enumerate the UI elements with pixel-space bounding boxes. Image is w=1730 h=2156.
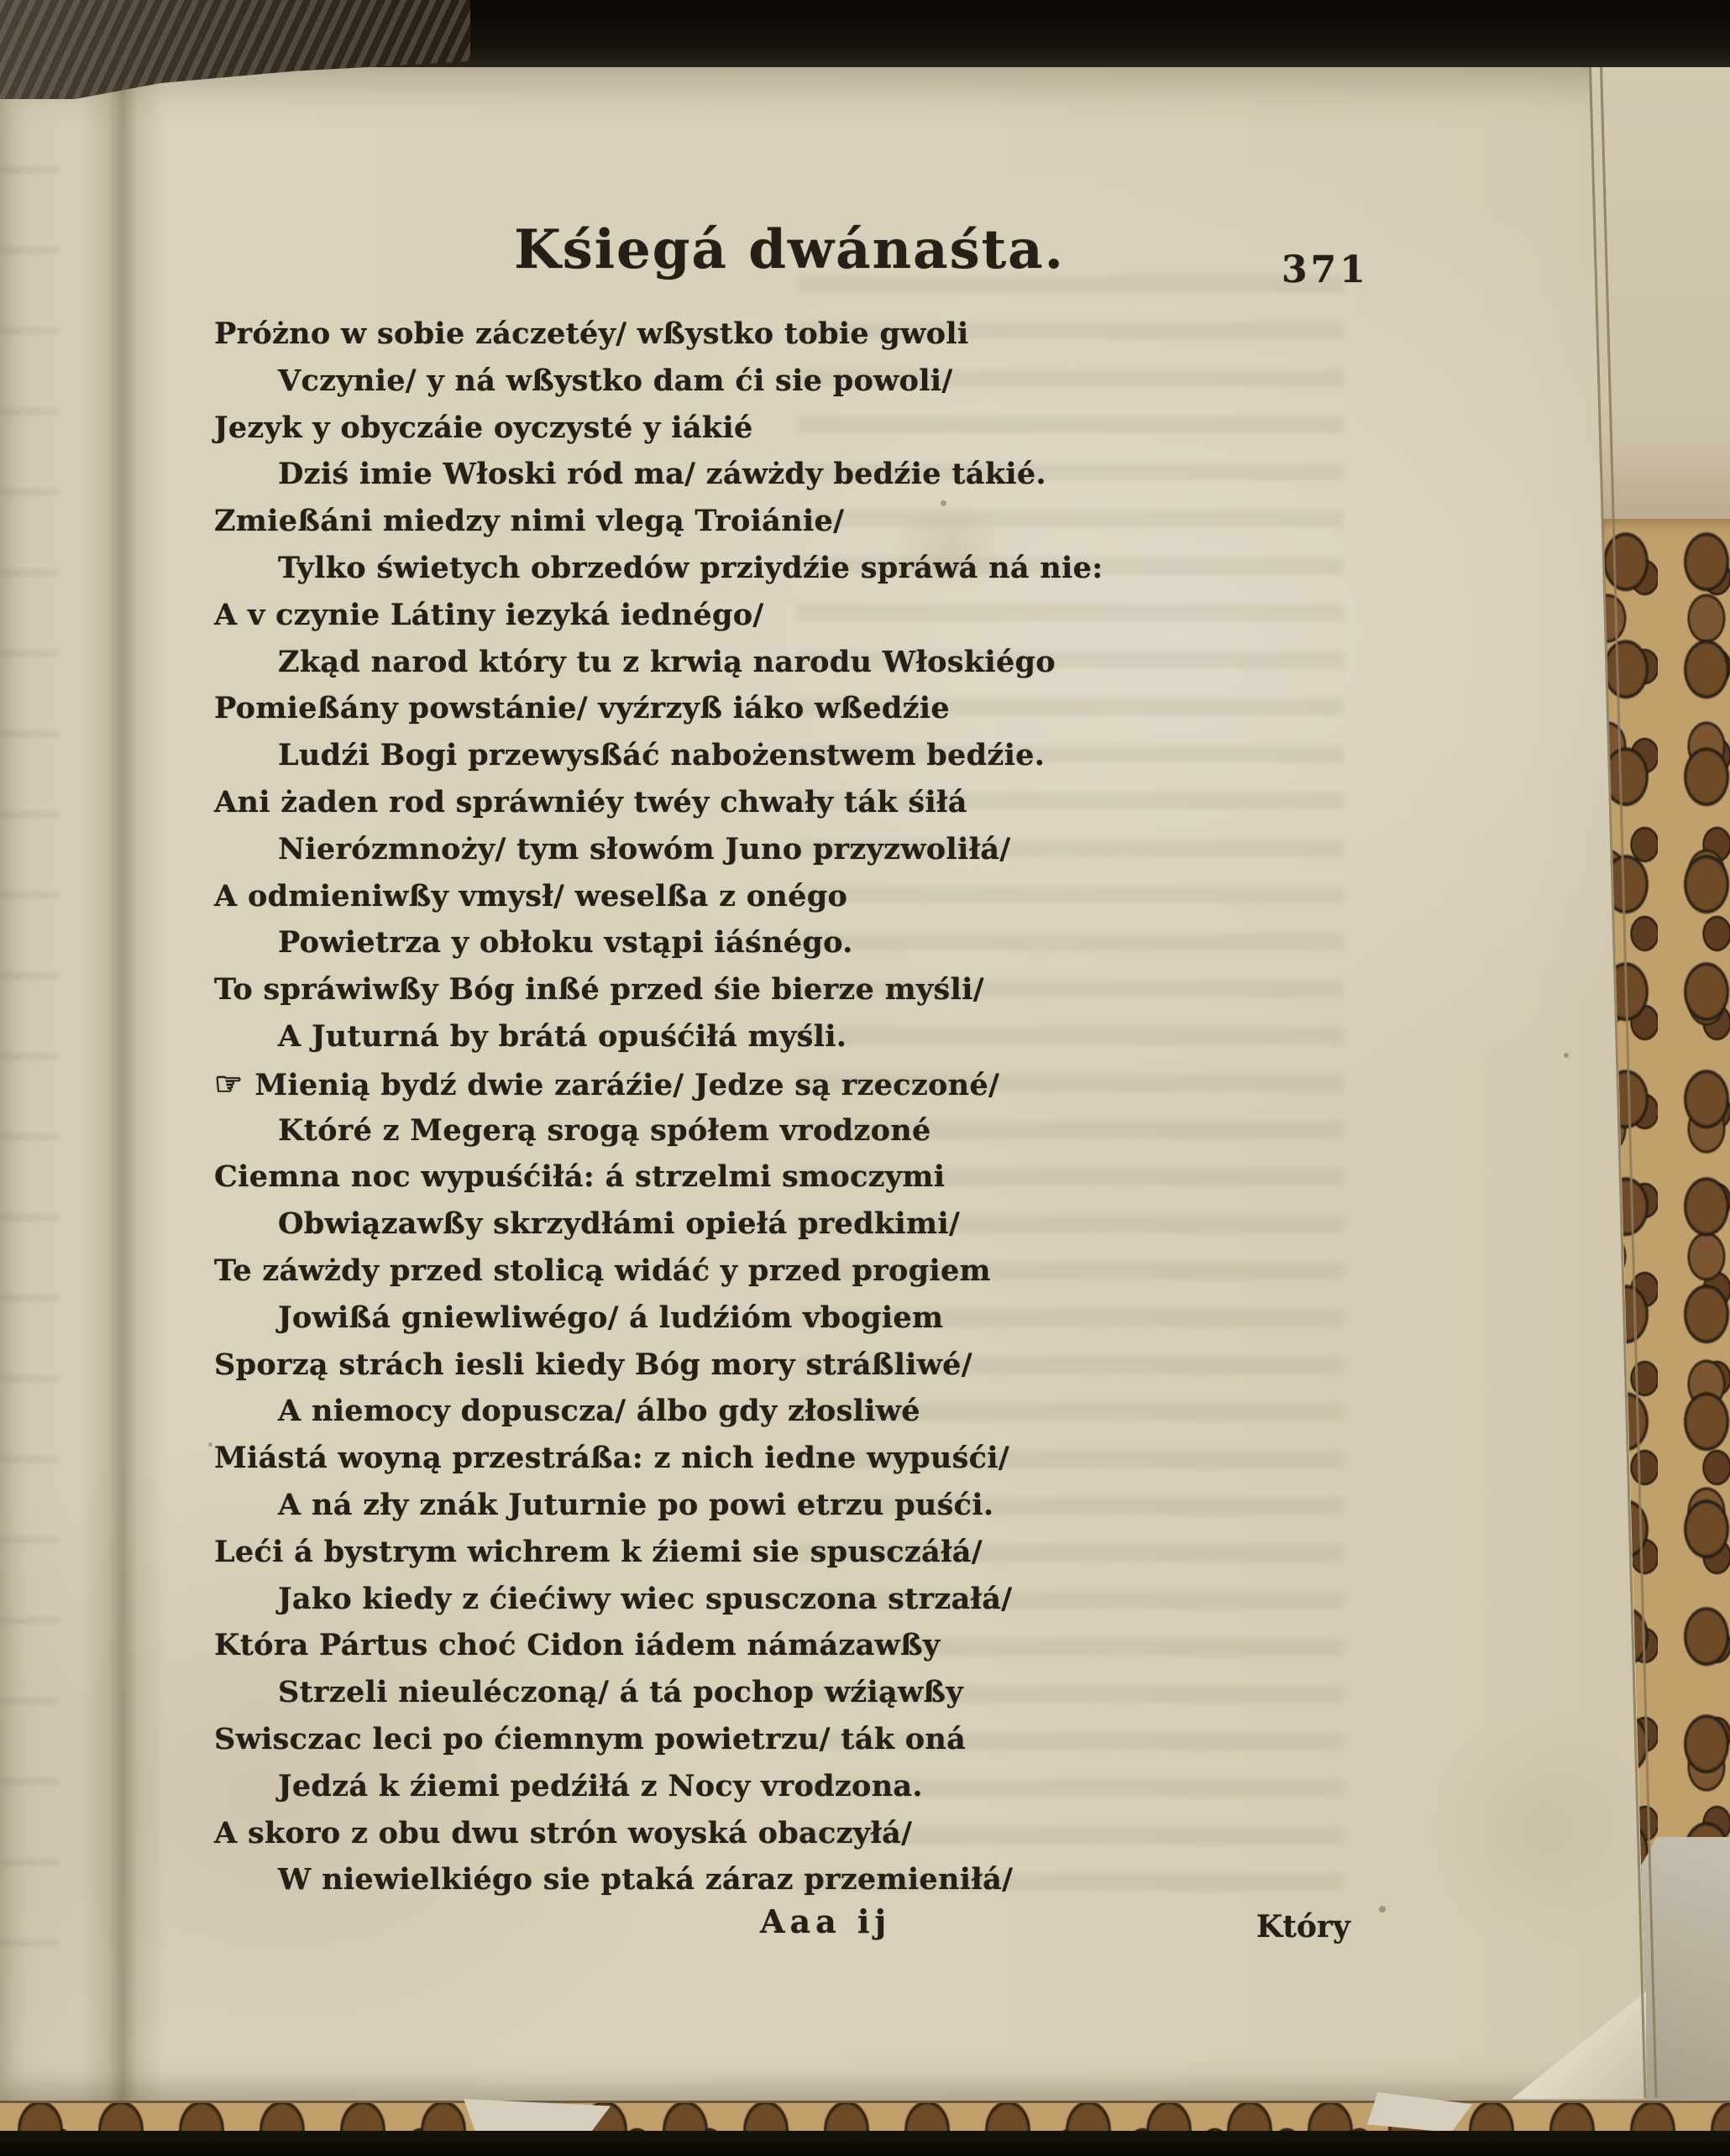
- poem-line: Pomießány powstánie/ vyźrzyß iáko wßedźi…: [214, 685, 1524, 732]
- poem-line: Te záwżdy przed stolicą widáć y przed pr…: [214, 1248, 1524, 1295]
- poem-line: Próżno w sobie záczetéy/ wßystko tobie g…: [214, 311, 1524, 358]
- cover-edge-bottom: [0, 2131, 1730, 2156]
- poem-line: Dziś imie Włoski ród ma/ záwżdy bedźie t…: [278, 451, 1524, 498]
- poem-line: Leći á bystrym wichrem k źiemi sie spusc…: [214, 1529, 1524, 1576]
- poem-line: A skoro z obu dwu strón woyská obaczyłá/: [214, 1810, 1524, 1857]
- poem-line: Zmießáni miedzy nimi vlegą Troiánie/: [214, 498, 1524, 545]
- poem-line: Sporzą strách iesli kiedy Bóg mory stráß…: [214, 1342, 1524, 1389]
- poem-line: Jako kiedy z ćiećiwy wiec spusczona strz…: [278, 1576, 1524, 1623]
- poem-line: Powietrza y obłoku vstąpi iáśnégo.: [278, 919, 1524, 966]
- poem-line: Zkąd narod który tu z krwią narodu Włosk…: [278, 639, 1524, 686]
- poem-line: A ná zły znák Juturnie po powi etrzu puś…: [278, 1482, 1524, 1529]
- poem-line: ☞Mienią bydź dwie zaráźie/ Jedze są rzec…: [214, 1060, 1524, 1107]
- gutter-crease: [81, 65, 165, 2101]
- poem-line: A odmieniwßy vmysł/ weselßa z onégo: [214, 873, 1524, 920]
- poem-line: Jezyk y obyczáie oyczysté y iákié: [214, 405, 1524, 452]
- catchword: Który: [1256, 1909, 1350, 1944]
- poem-line: Jedzá k źiemi pedźiłá z Nocy vrodzona.: [278, 1763, 1524, 1810]
- manicule-icon: ☞: [214, 1060, 243, 1107]
- poem-line: Jowißá gniewliwégo/ á ludźióm vbogiem: [278, 1295, 1524, 1342]
- foxing-spot: [1379, 1906, 1386, 1913]
- poem-line: Strzeli nieuléczoną/ á tá pochop wźiąwßy: [278, 1669, 1524, 1716]
- poem-line: Obwiązawßy skrzydłámi opiełá predkimi/: [278, 1201, 1524, 1248]
- poem-line-text: Mienią bydź dwie zaráźie/ Jedze są rzecz…: [254, 1068, 999, 1102]
- poem-line: A v czynie Látiny iezyká iednégo/: [214, 592, 1524, 639]
- poem-line: Swisczac leci po ćiemnym powietrzu/ ták …: [214, 1716, 1524, 1763]
- poem-line: To spráwiwßy Bóg inßé przed śie bierze m…: [214, 966, 1524, 1013]
- poem-line: Vczynie/ y ná wßystko dam ći sie powoli/: [278, 358, 1524, 405]
- poem: Próżno w sobie záczetéy/ wßystko tobie g…: [214, 311, 1524, 1903]
- page-number: 371: [1282, 249, 1369, 291]
- book-page: Kśiegá dwánaśta. 371 Próżno w sobie zácz…: [0, 65, 1730, 2103]
- poem-line: W niewielkiégo sie ptaká záraz przemieni…: [278, 1856, 1524, 1903]
- page-header-title: Kśiegá dwánaśta.: [466, 218, 1113, 281]
- signature-mark: Aaa ij: [760, 1902, 891, 1940]
- poem-line: Ani żaden rod spráwniéy twéy chwały ták …: [214, 779, 1524, 826]
- poem-line: Tylko świetych obrzedów prziydźie spráwá…: [278, 545, 1524, 592]
- foxing-spot: [208, 1442, 212, 1447]
- show-through-left-margin: [0, 166, 59, 2013]
- poem-line: A niemocy dopuscza/ álbo gdy złosliwé: [278, 1388, 1524, 1435]
- poem-line: Któré z Megerą srogą spółem vrodzoné: [278, 1107, 1524, 1154]
- foxing-spot: [1564, 1053, 1569, 1058]
- poem-line: A Juturná by brátá opuśćiłá myśli.: [278, 1013, 1524, 1060]
- book-photo: Kśiegá dwánaśta. 371 Próżno w sobie zácz…: [0, 0, 1730, 2156]
- poem-line: Ciemna noc wypuśćiłá: á strzelmi smoczym…: [214, 1154, 1524, 1201]
- poem-line: Która Pártus choć Cidon iádem námázawßy: [214, 1622, 1524, 1669]
- poem-line: Nierózmnoży/ tym słowóm Juno przyzwoliłá…: [278, 826, 1524, 873]
- poem-line: Miástá woyną przestráßa: z nich iedne wy…: [214, 1435, 1524, 1482]
- poem-line: Ludźi Bogi przewysßáć nabożenstwem bedźi…: [278, 732, 1524, 779]
